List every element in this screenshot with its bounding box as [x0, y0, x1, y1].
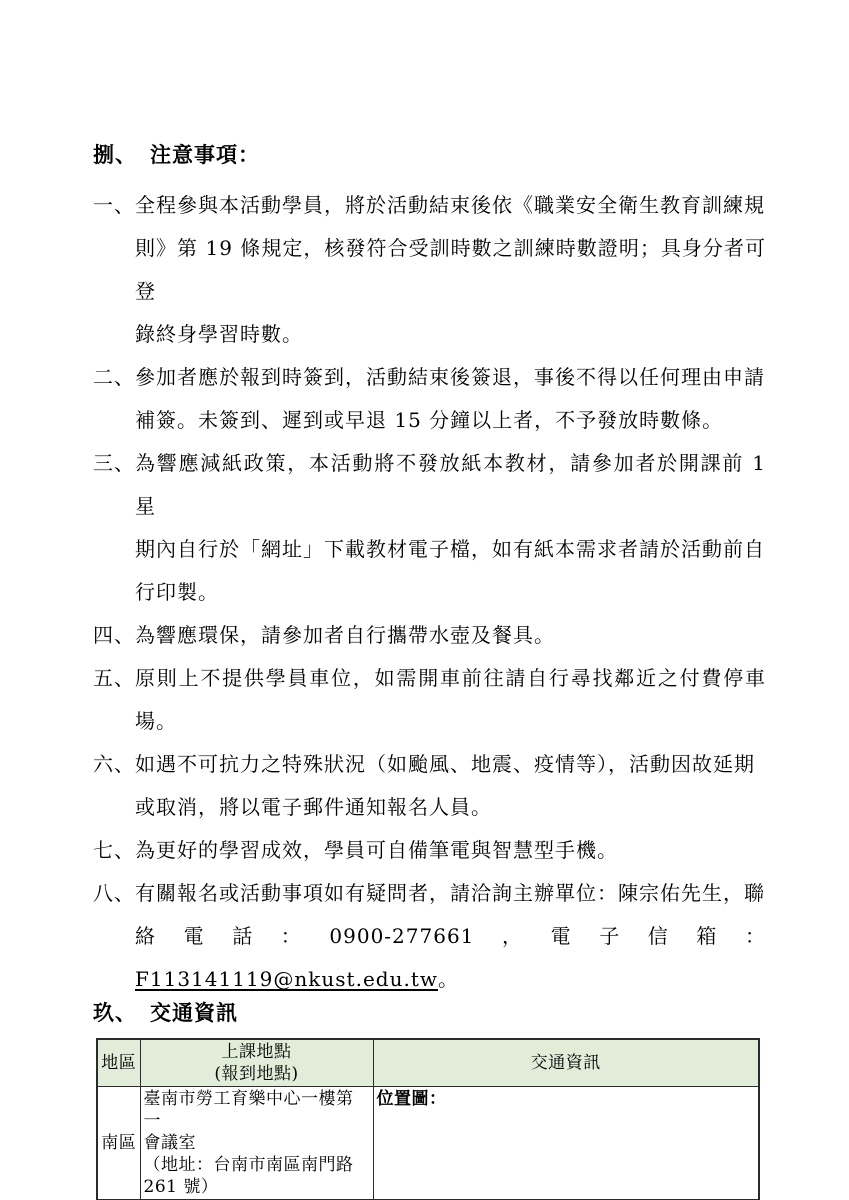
- note-item-1-number: 一、: [93, 184, 135, 227]
- traffic-table-header-row: 地區 上課地點 (報到地點) 交通資訊: [97, 1039, 759, 1087]
- email-link[interactable]: F113141119@nkust.edu.tw: [135, 967, 438, 991]
- note-item-6-text: 如遇不可抗力之特殊狀況（如颱風、地震、疫情等），活動因故延期 或取消，將以電子郵…: [135, 752, 755, 819]
- note-item-2: 二、參加者應於報到時簽到，活動結束後簽退，事後不得以任何理由申請 補簽。未簽到、…: [93, 356, 766, 442]
- note-item-2-number: 二、: [93, 356, 135, 399]
- document-content: 捌、注意事項： 一、全程參與本活動學員，將於活動結束後依《職業安全衛生教育訓練規…: [93, 143, 766, 1200]
- note-item-7: 七、為更好的學習成效，學員可自備筆電與智慧型手機。: [93, 829, 766, 872]
- section-notes-title: 注意事項：: [150, 142, 260, 167]
- note-item-5-text: 原則上不提供學員車位，如需開車前往請自行尋找鄰近之付費停車場。: [135, 666, 766, 733]
- note-item-4-number: 四、: [93, 614, 135, 657]
- section-notes-number: 捌、: [93, 142, 137, 167]
- notes-list: 一、全程參與本活動學員，將於活動結束後依《職業安全衛生教育訓練規 則》第 19 …: [93, 184, 766, 1001]
- note-item-8-text: 有關報名或活動事項如有疑問者，請洽詢主辦單位：陳宗佑先生，聯 絡電話：0900-…: [135, 881, 766, 991]
- cell-traffic-info: 位置圖：: [373, 1087, 759, 1200]
- note-item-7-number: 七、: [93, 829, 135, 872]
- note-item-3-text: 為響應減紙政策，本活動將不發放紙本教材，請參加者於開課前 1 星 期內自行於「網…: [135, 451, 766, 604]
- header-region: 地區: [97, 1039, 140, 1087]
- cell-region: 南區: [97, 1087, 140, 1200]
- header-location: 上課地點 (報到地點): [140, 1039, 373, 1087]
- note-item-8-text-after: 。: [438, 967, 459, 991]
- note-item-6-number: 六、: [93, 743, 135, 786]
- note-item-7-text: 為更好的學習成效，學員可自備筆電與智慧型手機。: [135, 838, 618, 862]
- note-item-3: 三、為響應減紙政策，本活動將不發放紙本教材，請參加者於開課前 1 星 期內自行於…: [93, 442, 766, 614]
- note-item-8-text-before: 有關報名或活動事項如有疑問者，請洽詢主辦單位：陳宗佑先生，聯 絡電話：0900-…: [135, 881, 766, 948]
- note-item-1: 一、全程參與本活動學員，將於活動結束後依《職業安全衛生教育訓練規 則》第 19 …: [93, 184, 766, 356]
- document-page: 捌、注意事項： 一、全程參與本活動學員，將於活動結束後依《職業安全衛生教育訓練規…: [0, 0, 849, 1200]
- cell-location: 臺南市勞工育樂中心一樓第一 會議室 （地址：台南市南區南門路 261 號）: [140, 1087, 373, 1200]
- note-item-5: 五、原則上不提供學員車位，如需開車前往請自行尋找鄰近之付費停車場。: [93, 657, 766, 743]
- note-item-1-text: 全程參與本活動學員，將於活動結束後依《職業安全衛生教育訓練規 則》第 19 條規…: [135, 193, 766, 346]
- traffic-info-table: 地區 上課地點 (報到地點) 交通資訊 南區 臺南市勞工育樂中心一樓第一 會議室…: [96, 1038, 760, 1200]
- note-item-3-number: 三、: [93, 442, 135, 485]
- note-item-8: 八、有關報名或活動事項如有疑問者，請洽詢主辦單位：陳宗佑先生，聯 絡電話：090…: [93, 872, 766, 1001]
- section-traffic-title: 交通資訊: [150, 1000, 238, 1025]
- note-item-8-number: 八、: [93, 872, 135, 915]
- header-traffic-info: 交通資訊: [373, 1039, 759, 1087]
- section-traffic-number: 玖、: [93, 1000, 137, 1025]
- note-item-5-number: 五、: [93, 657, 135, 700]
- section-traffic-heading: 玖、交通資訊: [93, 1001, 766, 1025]
- section-notes-heading: 捌、注意事項：: [93, 143, 766, 167]
- note-item-6: 六、如遇不可抗力之特殊狀況（如颱風、地震、疫情等），活動因故延期 或取消，將以電…: [93, 743, 766, 829]
- note-item-4-text: 為響應環保，請參加者自行攜帶水壺及餐具。: [135, 623, 555, 647]
- traffic-table-row: 南區 臺南市勞工育樂中心一樓第一 會議室 （地址：台南市南區南門路 261 號）…: [97, 1087, 759, 1200]
- note-item-4: 四、為響應環保，請參加者自行攜帶水壺及餐具。: [93, 614, 766, 657]
- note-item-2-text: 參加者應於報到時簽到，活動結束後簽退，事後不得以任何理由申請 補簽。未簽到、遲到…: [135, 365, 765, 432]
